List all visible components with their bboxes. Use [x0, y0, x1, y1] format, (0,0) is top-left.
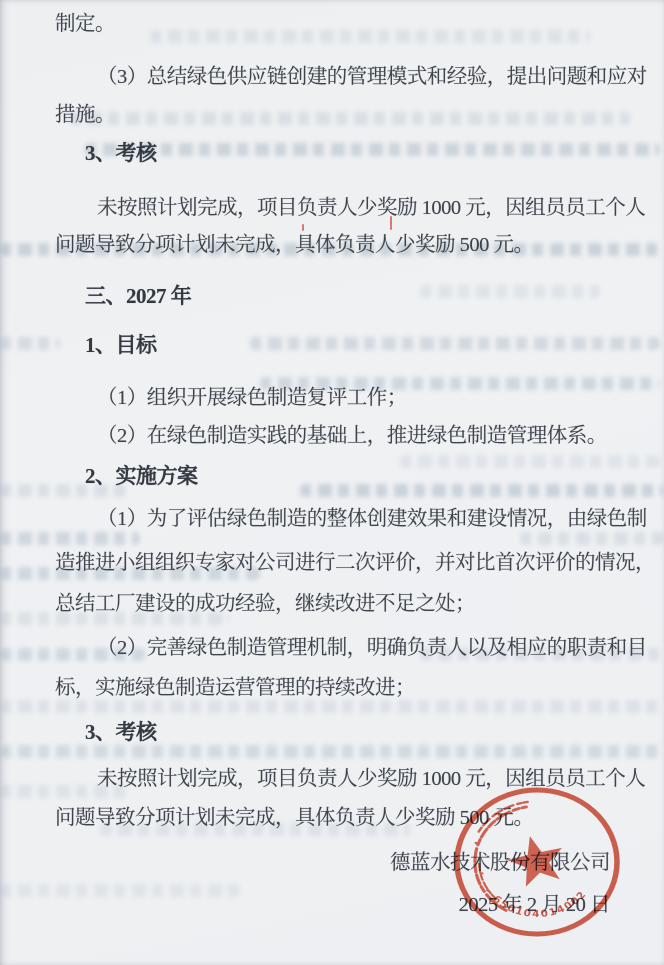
bleed-through-mark — [0, 532, 140, 545]
bleed-through-mark — [0, 745, 664, 758]
heading-year-2027: 三、2027 年 — [85, 280, 191, 310]
text-line: 总结工厂建设的成功经验，继续改进不足之处； — [55, 586, 475, 616]
text-line: （3）总结绿色供应链创建的管理模式和经验，提出问题和应对 — [97, 59, 647, 89]
text-line: 制定。 — [55, 6, 115, 36]
text-line: （2）在绿色制造实践的基础上，推进绿色制造管理体系。 — [97, 418, 607, 448]
bleed-through-mark — [520, 532, 664, 545]
bleed-through-mark — [250, 337, 660, 350]
bleed-through-mark — [150, 30, 590, 43]
heading-implementation-plan: 2、实施方案 — [85, 460, 198, 490]
text-line: （1）组织开展绿色制造复评工作； — [97, 380, 407, 410]
text-line: 造推进小组组织专家对公司进行二次评价，并对比首次评价的情况， — [55, 545, 655, 575]
company-signature: 德蓝水技术股份有限公司 — [390, 845, 610, 875]
text-line: （2）完善绿色制造管理机制，明确负责人以及相应的职责和目 — [97, 630, 647, 660]
text-line: 措施。 — [55, 97, 115, 127]
text-line: 标，实施绿色制造运营管理的持续改进； — [55, 670, 415, 700]
bleed-through-mark — [0, 337, 60, 350]
heading-assessment: 3、考核 — [85, 716, 157, 746]
bleed-through-mark — [300, 484, 664, 497]
bleed-through-mark — [0, 884, 240, 897]
bleed-through-mark — [400, 455, 660, 468]
document-date: 2025 年 2 月 20 日 — [459, 887, 610, 917]
text-line: （1）为了评估绿色制造的整体创建效果和建设情况，由绿色制 — [97, 501, 647, 531]
bleed-through-mark — [0, 700, 664, 713]
scanned-document-page: 制定。 （3）总结绿色供应链创建的管理模式和经验，提出问题和应对 措施。 3、考… — [0, 0, 664, 965]
text-line: 未按照计划完成，项目负责人少奖励 1000 元，因组员员工个人 — [97, 761, 645, 791]
text-line: 未按照计划完成，项目负责人少奖励 1000 元，因组员员工个人 — [97, 190, 645, 220]
heading-assessment: 3、考核 — [85, 137, 157, 167]
text-line: 问题导致分项计划未完成，具体负责人少奖励 500 元。 — [55, 227, 534, 257]
heading-goal: 1、目标 — [85, 329, 157, 359]
bleed-through-mark — [420, 285, 600, 298]
bleed-through-mark — [85, 143, 660, 156]
bleed-through-mark — [70, 112, 630, 125]
text-line: 问题导致分项计划未完成，具体负责人少奖励 500 元。 — [55, 800, 534, 830]
